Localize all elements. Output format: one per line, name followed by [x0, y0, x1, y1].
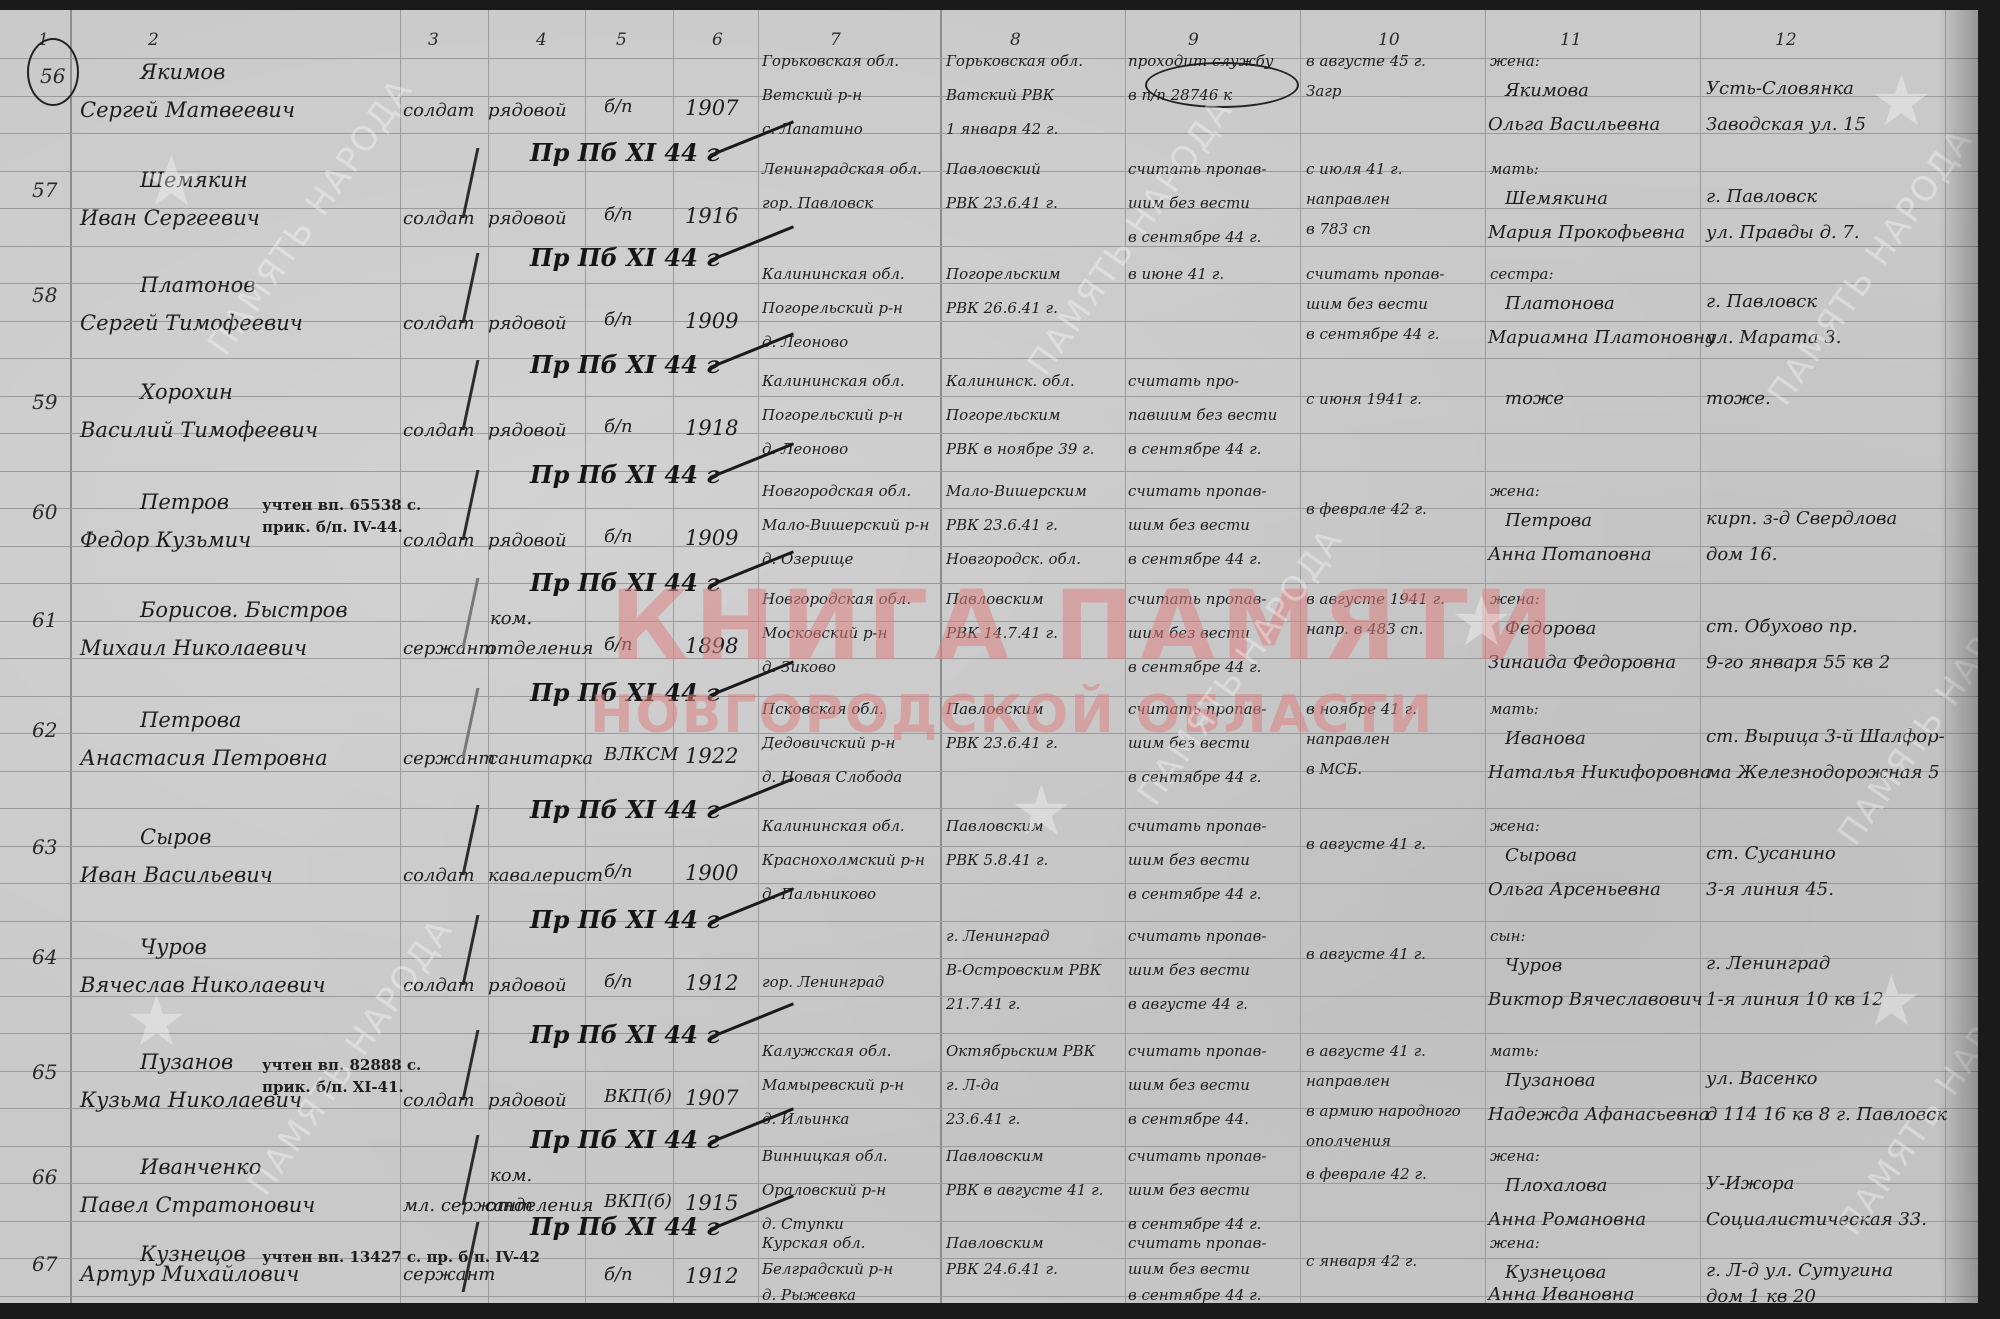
- party-membership: б/п: [604, 1264, 633, 1285]
- relative-surname: Чуров: [1505, 955, 1562, 976]
- conscription-office: Мало-Вишерским: [946, 482, 1087, 500]
- relative-address: г. Павловск: [1706, 186, 1817, 207]
- birth-year: 1907: [685, 96, 738, 120]
- entry-number: 67: [32, 1252, 57, 1276]
- watermark-secondary: ПАМЯТЬ НАРОДА: [1760, 121, 1978, 413]
- position: ком.: [490, 1165, 532, 1186]
- entry-number: 65: [32, 1060, 57, 1084]
- birth-year: 1918: [685, 416, 738, 440]
- ruled-line: [0, 283, 1978, 284]
- status: в сентябре 44 г.: [1128, 885, 1261, 903]
- conscription-office: РВК 23.6.41 г.: [946, 516, 1058, 534]
- birthplace: Ораловский р-н: [762, 1181, 886, 1199]
- column-number: 11: [1560, 30, 1582, 50]
- conscription-office: г. Л-да: [946, 1076, 999, 1094]
- ruled-line: [0, 808, 1978, 809]
- first-name-patronymic: Михаил Николаевич: [80, 636, 307, 660]
- first-name-patronymic: Иван Васильевич: [80, 863, 273, 887]
- column-divider: [70, 10, 72, 1303]
- party-membership: ВКП(б): [604, 1086, 672, 1107]
- conscription-office: 21.7.41 г.: [946, 995, 1020, 1013]
- birthplace: Белградский р-н: [762, 1260, 893, 1278]
- entry-number: 56: [40, 64, 65, 88]
- status: шим без вести: [1128, 961, 1250, 979]
- ruled-line: [0, 1033, 1978, 1034]
- relative-name: Анна Романовна: [1488, 1209, 1646, 1230]
- ruled-line: [0, 958, 1978, 959]
- column-number: 7: [830, 30, 841, 50]
- relative-role: жена:: [1490, 817, 1540, 835]
- conscription-office: Горьковская обл.: [946, 52, 1083, 70]
- first-name-patronymic: Павел Стратонович: [80, 1193, 315, 1217]
- birthplace: Погорельский р-н: [762, 299, 903, 317]
- entry-number: 58: [32, 283, 57, 307]
- status: шим без вести: [1128, 1181, 1250, 1199]
- status: шим без вести: [1128, 851, 1250, 869]
- status: в сентябре 44 г.: [1128, 1215, 1261, 1233]
- missing-since: в феврале 42 г.: [1306, 1165, 1427, 1183]
- status: шим без вести: [1128, 1076, 1250, 1094]
- star-emblem-icon: ★: [1010, 770, 1073, 852]
- birth-year: 1912: [685, 1264, 738, 1288]
- relative-surname: Сырова: [1505, 845, 1577, 866]
- ledger-page: 123456789101112 56ЯкимовСергей Матвеевич…: [0, 10, 1978, 1303]
- surname: Якимов: [140, 60, 225, 84]
- relative-address: У-Ижора: [1706, 1173, 1794, 1194]
- relative-address: г. Л-д ул. Сутугина: [1706, 1260, 1893, 1281]
- relative-address: дом 1 кв 20: [1706, 1286, 1816, 1303]
- party-membership: ВЛКСМ: [604, 744, 678, 765]
- star-emblem-icon: ★: [125, 980, 188, 1062]
- conscription-office: 1 января 42 г.: [946, 120, 1058, 138]
- relative-role: жена:: [1490, 482, 1540, 500]
- birthplace: д. Ильинка: [762, 1110, 849, 1128]
- relative-address: 3-я линия 45.: [1706, 879, 1834, 900]
- missing-since: в армию народного: [1306, 1102, 1461, 1120]
- position: рядовой: [488, 1090, 567, 1111]
- birthplace: д. Рыжевка: [762, 1286, 856, 1303]
- relative-address: Социалистическая 33.: [1706, 1209, 1927, 1230]
- status: в сентябре 44.: [1128, 1110, 1249, 1128]
- entry-number: 60: [32, 500, 57, 524]
- relative-address: ст. Обухово пр.: [1706, 616, 1858, 637]
- position: рядовой: [488, 975, 567, 996]
- missing-since: направлен: [1306, 1072, 1390, 1090]
- relative-surname: Пузанова: [1505, 1070, 1596, 1091]
- status: шим без вести: [1128, 516, 1250, 534]
- column-number: 12: [1775, 30, 1797, 50]
- ruled-line: [0, 921, 1978, 922]
- relative-address: 1-я линия 10 кв 12: [1706, 989, 1884, 1010]
- relative-address: Усть-Словянка: [1706, 78, 1854, 99]
- relative-name: Надежда Афанасьевна: [1488, 1104, 1709, 1125]
- relative-name: Мариамна Платоновна: [1488, 327, 1716, 348]
- position: отделения: [486, 638, 593, 659]
- relative-address: 9-го января 55 кв 2: [1706, 652, 1890, 673]
- conscription-office: РВК 5.8.41 г.: [946, 851, 1048, 869]
- relative-address: г. Ленинград: [1706, 953, 1830, 974]
- relative-role: жена:: [1490, 1234, 1540, 1252]
- birthplace: Ветский р-н: [762, 86, 862, 104]
- first-name-patronymic: Вячеслав Николаевич: [80, 973, 326, 997]
- birthplace: Винницкая обл.: [762, 1147, 888, 1165]
- relative-role: жена:: [1490, 52, 1540, 70]
- relative-address: Заводская ул. 15: [1706, 114, 1866, 135]
- column-number: 10: [1378, 30, 1400, 50]
- conscription-office: РВК 23.6.41 г.: [946, 194, 1058, 212]
- birthplace: Горьковская обл.: [762, 52, 899, 70]
- checkmark-icon: [448, 360, 480, 430]
- review-stamp: Пр Пб XI 44 г: [530, 138, 720, 167]
- ruled-line: [0, 1221, 1978, 1222]
- first-name-patronymic: Сергей Матвеевич: [80, 98, 295, 122]
- review-stamp: Пр Пб XI 44 г: [530, 460, 720, 489]
- position: ком.: [490, 608, 532, 629]
- status: считать пропав-: [1128, 927, 1266, 945]
- watermark-title: КНИГА ПАМЯТИ: [610, 570, 1560, 682]
- first-name-patronymic: Василий Тимофеевич: [80, 418, 318, 442]
- relative-name: Анна Ивановна: [1488, 1284, 1634, 1303]
- status: проходит службу: [1128, 52, 1274, 70]
- column-number: 6: [712, 30, 723, 50]
- relative-name: Виктор Вячеславович: [1488, 989, 1703, 1010]
- birthplace: Калужская обл.: [762, 1042, 891, 1060]
- position: рядовой: [488, 208, 567, 229]
- missing-since: в феврале 42 г.: [1306, 500, 1427, 518]
- relative-name: Наталья Никифоровна: [1488, 762, 1711, 783]
- conscription-office: РВК в ноябре 39 г.: [946, 440, 1094, 458]
- review-stamp: Пр Пб XI 44 г: [530, 1212, 720, 1241]
- conscription-office: Новгородск. обл.: [946, 550, 1081, 568]
- position: кавалерист: [488, 865, 603, 886]
- ruled-line: [0, 358, 1978, 359]
- relative-surname: тоже: [1505, 388, 1564, 409]
- party-membership: б/п: [604, 971, 633, 992]
- surname: Борисов. Быстров: [140, 598, 348, 622]
- birthplace: Ленинградская обл.: [762, 160, 922, 178]
- ruled-line: [0, 883, 1978, 884]
- entry-number: 59: [32, 390, 57, 414]
- star-emblem-icon: ★: [140, 140, 203, 222]
- conscription-office: Павловским: [946, 1234, 1044, 1252]
- birth-year: 1909: [685, 309, 738, 333]
- birthplace: Новгородская обл.: [762, 482, 911, 500]
- birthplace: д. Ступки: [762, 1215, 844, 1233]
- birth-year: 1909: [685, 526, 738, 550]
- relative-surname: Петрова: [1505, 510, 1592, 531]
- stamp-stroke: [709, 442, 794, 478]
- ruled-line: [0, 1296, 1978, 1297]
- surname: Сыров: [140, 825, 211, 849]
- relative-address: ст. Сусанино: [1706, 843, 1836, 864]
- checkmark-icon: [448, 805, 480, 875]
- relative-surname: Якимова: [1505, 80, 1589, 101]
- entry-number: 57: [32, 178, 57, 202]
- column-divider: [400, 10, 401, 1303]
- status: считать пропав-: [1128, 1147, 1266, 1165]
- missing-since: направлен: [1306, 190, 1390, 208]
- relative-surname: Иванова: [1505, 728, 1586, 749]
- conscription-office: РВК в августе 41 г.: [946, 1181, 1103, 1199]
- entry-number: 62: [32, 718, 57, 742]
- checkmark-icon: [448, 1030, 480, 1100]
- star-emblem-icon: ★: [1860, 960, 1923, 1042]
- missing-since: с января 42 г.: [1306, 1252, 1417, 1270]
- review-stamp: Пр Пб XI 44 г: [530, 1125, 720, 1154]
- party-membership: б/п: [604, 309, 633, 330]
- column-number: 5: [616, 30, 627, 50]
- relative-surname: Шемякина: [1505, 188, 1608, 209]
- status: в сентябре 44 г.: [1128, 1286, 1261, 1303]
- birth-year: 1922: [685, 744, 738, 768]
- birthplace: гор. Ленинград: [762, 973, 884, 991]
- position: рядовой: [488, 530, 567, 551]
- registration-note: учтен вп. 65538 с.: [262, 496, 421, 514]
- ruled-line: [0, 396, 1978, 397]
- relative-address: кирп. з-д Свердлова: [1706, 508, 1897, 529]
- status: шим без вести: [1128, 1260, 1250, 1278]
- position: рядовой: [488, 420, 567, 441]
- relative-role: сестра:: [1490, 265, 1554, 283]
- birth-year: 1916: [685, 204, 738, 228]
- birth-year: 1912: [685, 971, 738, 995]
- missing-since: в 783 сп: [1306, 220, 1371, 238]
- relative-surname: Кузнецова: [1505, 1262, 1606, 1283]
- missing-since: шим без вести: [1306, 295, 1428, 313]
- missing-since: с июня 1941 г.: [1306, 390, 1422, 408]
- watermark-subtitle: НОВГОРОДСКОЙ ОБЛАСТИ: [590, 685, 1434, 745]
- surname: Петрова: [140, 708, 241, 732]
- birthplace: Калининская обл.: [762, 372, 905, 390]
- status: в сентябре 44 г.: [1128, 550, 1261, 568]
- party-membership: ВКП(б): [604, 1191, 672, 1212]
- status: павшим без вести: [1128, 406, 1277, 424]
- party-membership: б/п: [604, 416, 633, 437]
- entry-number: 61: [32, 608, 57, 632]
- birth-year: 1900: [685, 861, 738, 885]
- relative-address: г. Павловск: [1706, 291, 1817, 312]
- review-stamp: Пр Пб XI 44 г: [530, 1020, 720, 1049]
- status: в июне 41 г.: [1128, 265, 1224, 283]
- star-emblem-icon: ★: [1870, 60, 1933, 142]
- column-number: 9: [1188, 30, 1199, 50]
- column-divider: [1945, 10, 1946, 1303]
- conscription-office: Октябрьским РВК: [946, 1042, 1095, 1060]
- conscription-office: Ватский РВК: [946, 86, 1054, 104]
- birth-year: 1907: [685, 1086, 738, 1110]
- conscription-office: РВК 26.6.41 г.: [946, 299, 1058, 317]
- birthplace: Мало-Вишерский р-н: [762, 516, 929, 534]
- registration-note: прик. б/п. IV-44.: [262, 518, 403, 536]
- first-name-patronymic: Анастасия Петровна: [80, 746, 328, 770]
- missing-since: в МСБ.: [1306, 760, 1362, 778]
- birthplace: Калининская обл.: [762, 817, 905, 835]
- relative-name: Мария Прокофьевна: [1488, 222, 1685, 243]
- relative-surname: Платонова: [1505, 293, 1615, 314]
- checkmark-icon: [448, 253, 480, 323]
- surname: Хорохин: [140, 380, 233, 404]
- position: рядовой: [488, 313, 567, 334]
- entry-number: 64: [32, 945, 57, 969]
- relative-address: ул. Правды д. 7.: [1706, 222, 1860, 243]
- ruled-line: [0, 546, 1978, 547]
- birthplace: Мамыревский р-н: [762, 1076, 904, 1094]
- review-stamp: Пр Пб XI 44 г: [530, 795, 720, 824]
- status: в сентябре 44 г.: [1128, 440, 1261, 458]
- stamp-stroke: [709, 225, 794, 261]
- missing-since: в августе 41 г.: [1306, 945, 1426, 963]
- birthplace: Курская обл.: [762, 1234, 865, 1252]
- status: в августе 44 г.: [1128, 995, 1248, 1013]
- first-name-patronymic: Федор Кузьмич: [80, 528, 251, 552]
- conscription-office: Погорельским: [946, 265, 1060, 283]
- stamp-stroke: [709, 120, 794, 156]
- first-name-patronymic: Сергей Тимофеевич: [80, 311, 303, 335]
- conscription-office: г. Ленинград: [946, 927, 1050, 945]
- relative-address: ул. Васенко: [1706, 1068, 1817, 1089]
- party-membership: б/п: [604, 861, 633, 882]
- column-number: 3: [428, 30, 439, 50]
- ruled-line: [0, 471, 1978, 472]
- checkmark-icon: [448, 470, 480, 540]
- status: считать пропав-: [1128, 482, 1266, 500]
- missing-since: ополчения: [1306, 1132, 1391, 1150]
- missing-since: в сентябре 44 г.: [1306, 325, 1439, 343]
- stamp-stroke: [709, 887, 794, 923]
- entry-number: 66: [32, 1165, 57, 1189]
- conscription-office: Погорельским: [946, 406, 1060, 424]
- checkmark-icon: [448, 915, 480, 985]
- star-emblem-icon: ★: [1450, 580, 1513, 662]
- review-stamp: Пр Пб XI 44 г: [530, 905, 720, 934]
- party-membership: б/п: [604, 96, 633, 117]
- birthplace: гор. Павловск: [762, 194, 873, 212]
- position: санитарка: [488, 748, 593, 769]
- relative-name: Ольга Арсеньевна: [1488, 879, 1661, 900]
- status: считать пропав-: [1128, 1042, 1266, 1060]
- surname: Чуров: [140, 935, 207, 959]
- registration-note: учтен вп. 13427 с. пр. б/п. IV-42: [262, 1248, 540, 1266]
- relative-address: дом 16.: [1706, 544, 1778, 565]
- relative-role: мать:: [1490, 700, 1539, 718]
- party-membership: б/п: [604, 526, 633, 547]
- relative-role: жена:: [1490, 1147, 1540, 1165]
- relative-name: Ольга Васильевна: [1488, 114, 1660, 135]
- party-membership: б/п: [604, 204, 633, 225]
- relative-name: Анна Потаповна: [1488, 544, 1652, 565]
- conscription-office: 23.6.41 г.: [946, 1110, 1020, 1128]
- relative-role: мать:: [1490, 1042, 1539, 1060]
- conscription-office: Павловским: [946, 1147, 1044, 1165]
- missing-since: Загр: [1306, 82, 1341, 100]
- missing-since: в августе 41 г.: [1306, 1042, 1426, 1060]
- conscription-office: Павловский: [946, 160, 1041, 178]
- column-number: 8: [1010, 30, 1021, 50]
- missing-since: считать пропав-: [1306, 265, 1444, 283]
- birthplace: Краснохолмский р-н: [762, 851, 925, 869]
- missing-since: в августе 45 г.: [1306, 52, 1426, 70]
- watermark-secondary: ПАМЯТЬ НАРОДА: [1830, 561, 1978, 853]
- status: считать пропав-: [1128, 817, 1266, 835]
- review-stamp: Пр Пб XI 44 г: [530, 350, 720, 379]
- surname: Петров: [140, 490, 229, 514]
- birthplace: Калининская обл.: [762, 265, 905, 283]
- relative-surname: Плохалова: [1505, 1175, 1607, 1196]
- conscription-office: РВК 24.6.41 г.: [946, 1260, 1058, 1278]
- missing-since: с июля 41 г.: [1306, 160, 1403, 178]
- review-stamp: Пр Пб XI 44 г: [530, 243, 720, 272]
- column-number: 2: [148, 30, 159, 50]
- relative-role: мать:: [1490, 160, 1539, 178]
- entry-number: 63: [32, 835, 57, 859]
- missing-since: в августе 41 г.: [1306, 835, 1426, 853]
- relative-role: сын:: [1490, 927, 1526, 945]
- column-number: 4: [536, 30, 547, 50]
- status: считать пропав-: [1128, 1234, 1266, 1252]
- conscription-office: В-Островским РВК: [946, 961, 1101, 979]
- status: считать про-: [1128, 372, 1239, 390]
- birthplace: Погорельский р-н: [762, 406, 903, 424]
- position: рядовой: [488, 100, 567, 121]
- ruled-line: [0, 846, 1978, 847]
